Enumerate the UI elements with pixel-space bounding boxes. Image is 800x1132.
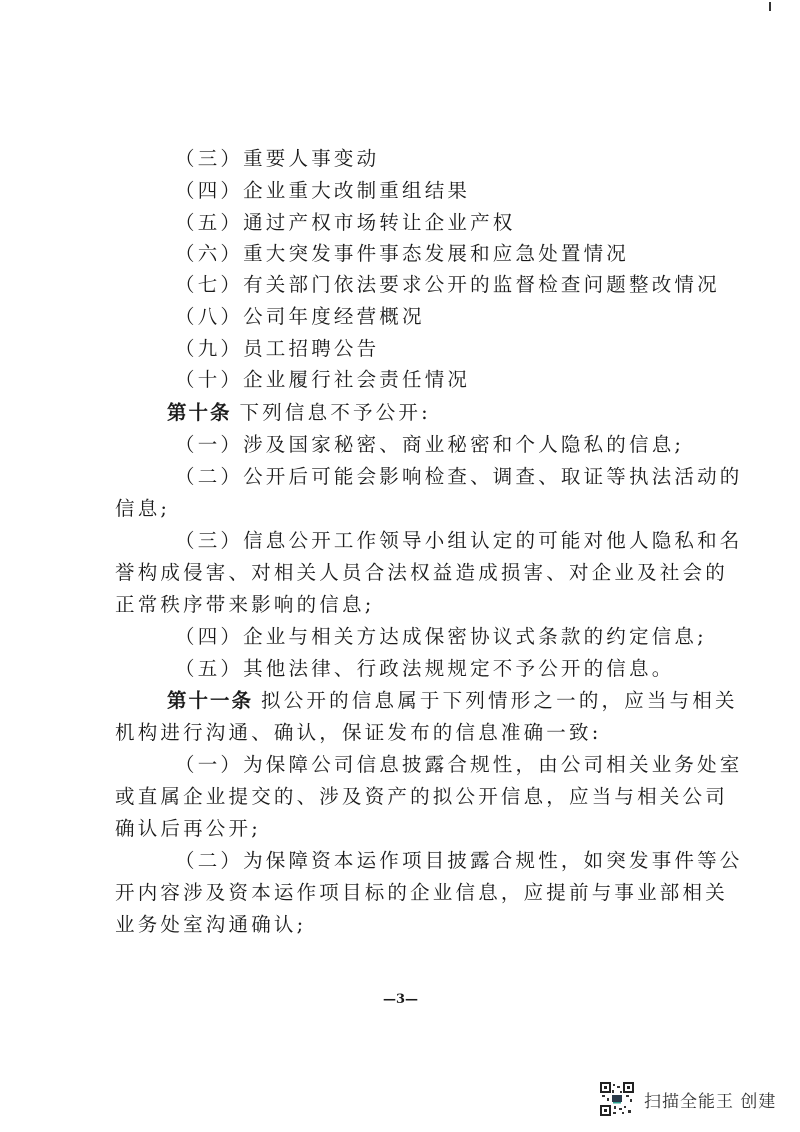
- list-item: （六）重大突发事件事态发展和应急处置情况: [175, 241, 740, 267]
- list-item: （八）公司年度经营概况: [175, 304, 740, 330]
- list-item: （五）其他法律、行政法规规定不予公开的信息。: [175, 656, 740, 682]
- item-text: 企业重大改制重组结果: [243, 179, 470, 202]
- list-item-continuation: 确认后再公开;: [115, 816, 680, 842]
- list-item: （三）信息公开工作领导小组认定的可能对他人隐私和名: [175, 528, 740, 554]
- article-intro: 拟公开的信息属于下列情形之一的，应当与相关: [261, 689, 738, 712]
- list-item-continuation: 誉构成侵害、对相关人员合法权益造成损害、对企业及社会的: [115, 560, 680, 586]
- item-number: （九）: [175, 337, 243, 360]
- list-item: （十）企业履行社会责任情况: [175, 367, 740, 393]
- item-number: （七）: [175, 273, 243, 296]
- list-item: （四）企业与相关方达成保密协议式条款的约定信息;: [175, 624, 740, 650]
- item-text: 通过产权市场转让企业产权: [243, 211, 515, 234]
- qr-code-icon: [600, 1082, 634, 1116]
- list-item: （四）企业重大改制重组结果: [175, 178, 740, 204]
- list-item: （七）有关部门依法要求公开的监督检查问题整改情况: [175, 272, 740, 298]
- list-item: （五）通过产权市场转让企业产权: [175, 210, 740, 236]
- article-number: 第十一条: [167, 689, 253, 712]
- article-intro-continuation: 机构进行沟通、确认，保证发布的信息准确一致:: [115, 720, 680, 746]
- article-intro: 下列信息不予公开:: [240, 401, 431, 424]
- list-item-continuation: 开内容涉及资本运作项目标的企业信息，应提前与事业部相关: [115, 880, 680, 906]
- list-item: （二）公开后可能会影响检查、调查、取证等执法活动的: [175, 464, 740, 490]
- item-text: 有关部门依法要求公开的监督检查问题整改情况: [243, 273, 720, 296]
- item-number: （五）: [175, 211, 243, 234]
- item-number: （八）: [175, 305, 243, 328]
- list-item-continuation: 业务处室沟通确认;: [115, 912, 680, 938]
- list-item: （九）员工招聘公告: [175, 336, 740, 362]
- watermark-text: 扫描全能王 创建: [644, 1087, 776, 1112]
- article-10-heading: 第十条下列信息不予公开:: [167, 400, 732, 426]
- list-item-continuation: 信息;: [115, 496, 680, 522]
- list-item: （一）为保障公司信息披露合规性，由公司相关业务处室: [175, 752, 740, 778]
- page-number: —3—: [383, 992, 418, 1007]
- item-number: （四）: [175, 179, 243, 202]
- list-item: （一）涉及国家秘密、商业秘密和个人隐私的信息;: [175, 432, 740, 458]
- item-text: 公司年度经营概况: [243, 305, 425, 328]
- item-number: （三）: [175, 147, 243, 170]
- item-text: 企业履行社会责任情况: [243, 368, 470, 391]
- list-item-continuation: 或直属企业提交的、涉及资产的拟公开信息，应当与相关公司: [115, 784, 680, 810]
- article-number: 第十条: [167, 401, 232, 424]
- article-11-heading: 第十一条拟公开的信息属于下列情形之一的，应当与相关: [167, 688, 732, 714]
- document-page: （三）重要人事变动 （四）企业重大改制重组结果 （五）通过产权市场转让企业产权 …: [0, 0, 800, 1132]
- item-text: 重大突发事件事态发展和应急处置情况: [243, 242, 629, 265]
- scanner-watermark: 扫描全能王 创建: [600, 1082, 776, 1116]
- list-item: （三）重要人事变动: [175, 146, 740, 172]
- list-item-continuation: 正常秩序带来影响的信息;: [115, 592, 680, 618]
- item-number: （六）: [175, 242, 243, 265]
- item-text: 重要人事变动: [243, 147, 379, 170]
- item-text: 员工招聘公告: [243, 337, 379, 360]
- scan-mark: [769, 2, 771, 11]
- list-item: （二）为保障资本运作项目披露合规性，如突发事件等公: [175, 848, 740, 874]
- item-number: （十）: [175, 368, 243, 391]
